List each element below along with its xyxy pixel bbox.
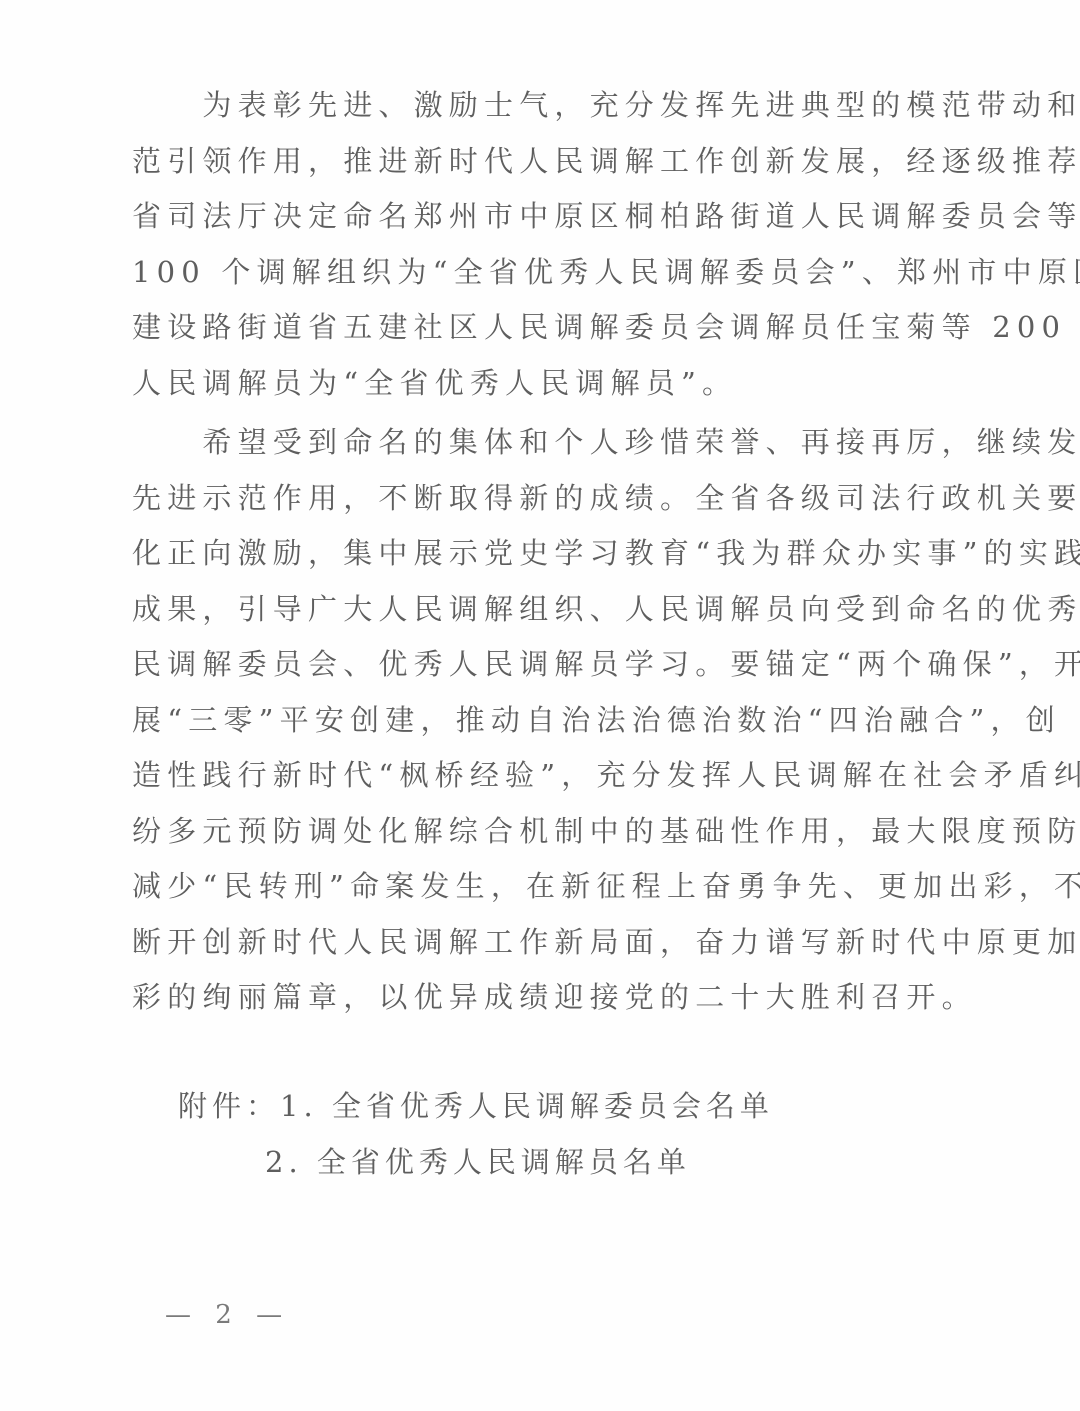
text-line: 建设路街道省五建社区人民调解委员会调解员任宝菊等 200 名 <box>132 300 932 356</box>
text-line: 减少“民转刑”命案发生，在新征程上奋勇争先、更加出彩，不 <box>132 859 932 915</box>
paragraph-commendation: 为表彰先进、激励士气，充分发挥先进典型的模范带动和示 范引领作用，推进新时代人民… <box>132 78 932 411</box>
text-line: 造性践行新时代“枫桥经验”，充分发挥人民调解在社会矛盾纠 <box>132 748 932 804</box>
attachments-section: 附件：1. 全省优秀人民调解委员会名单 2. 全省优秀人民调解员名单 <box>178 1078 774 1190</box>
attachments-label: 附件： <box>178 1089 280 1123</box>
text-line: 成果，引导广大人民调解组织、人民调解员向受到命名的优秀人 <box>132 582 932 638</box>
text-line: 展“三零”平安创建，推动自治法治德治数治“四治融合”，创 <box>132 693 932 749</box>
attachment-item-1: 附件：1. 全省优秀人民调解委员会名单 <box>178 1078 774 1134</box>
text-line: 希望受到命名的集体和个人珍惜荣誉、再接再厉，继续发挥 <box>132 415 932 471</box>
page-number: — 2 — <box>165 1300 290 1330</box>
text-line: 省司法厅决定命名郑州市中原区桐柏路街道人民调解委员会等 <box>132 189 932 245</box>
document-page: 为表彰先进、激励士气，充分发挥先进典型的模范带动和示 范引领作用，推进新时代人民… <box>0 0 1080 1411</box>
text-line: 100 个调解组织为“全省优秀人民调解委员会”、郑州市中原区 <box>132 245 932 301</box>
text-line: 人民调解员为“全省优秀人民调解员”。 <box>132 356 932 412</box>
text-line: 化正向激励，集中展示党史学习教育“我为群众办实事”的实践 <box>132 526 932 582</box>
attachment-title: 1. 全省优秀人民调解委员会名单 <box>280 1089 774 1123</box>
text-line: 彩的绚丽篇章，以优异成绩迎接党的二十大胜利召开。 <box>132 970 932 1026</box>
document-body: 为表彰先进、激励士气，充分发挥先进典型的模范带动和示 范引领作用，推进新时代人民… <box>132 78 932 1026</box>
text-line: 先进示范作用，不断取得新的成绩。全省各级司法行政机关要强 <box>132 471 932 527</box>
attachment-item-2: 2. 全省优秀人民调解员名单 <box>178 1134 774 1190</box>
text-line: 纷多元预防调处化解综合机制中的基础性作用，最大限度预防和 <box>132 804 932 860</box>
text-line: 范引领作用，推进新时代人民调解工作创新发展，经逐级推荐， <box>132 134 932 190</box>
text-line: 为表彰先进、激励士气，充分发挥先进典型的模范带动和示 <box>132 78 932 134</box>
paragraph-expectations: 希望受到命名的集体和个人珍惜荣誉、再接再厉，继续发挥 先进示范作用，不断取得新的… <box>132 415 932 1026</box>
text-line: 断开创新时代人民调解工作新局面，奋力谱写新时代中原更加出 <box>132 915 932 971</box>
attachment-title: 2. 全省优秀人民调解员名单 <box>265 1145 691 1179</box>
text-line: 民调解委员会、优秀人民调解员学习。要锚定“两个确保”，开 <box>132 637 932 693</box>
